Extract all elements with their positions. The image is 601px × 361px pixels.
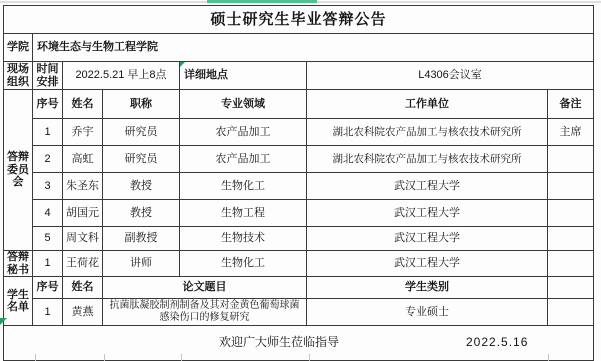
committee-header-row: 答辩委员会 序号 姓名 职称 专业领域 工作单位 备注 [4,90,594,119]
cell-name: 胡国元 [63,200,103,227]
cell-remark [548,200,594,227]
cell-title: 研究员 [103,146,180,173]
cell-title: 教授 [103,173,180,200]
secretary-section-label: 答辩秘书 [4,251,33,277]
gridline-stub [309,354,310,361]
committee-row: 4 胡国元 教授 生物工程 武汉工程大学 [4,200,594,227]
committee-section-label: 答辩委员会 [4,90,33,251]
header-index: 序号 [33,277,63,299]
footer-date: 2022.5.16 [466,336,528,350]
session-row: 现场组织 时间安排 2022.5.21 早上8点 详细地点 L4306会议室 [4,62,594,90]
student-row: 1 黄燕 抗菌肽凝胶制剂制备及其对金黄色葡萄球菌感染伤口的修复研究 专业硕士 [4,299,594,326]
cell-title: 教授 [103,200,180,227]
page-title: 硕士研究生毕业答辩公告 [4,6,594,34]
cell-remark: 主席 [548,119,594,146]
cell-name: 周文科 [63,227,103,251]
header-category: 学生类别 [307,277,548,299]
session-place-value: L4306会议室 [307,62,594,90]
cell-name: 朱圣东 [63,173,103,200]
college-label: 学院 [4,34,33,62]
cell-name: 高虹 [63,146,103,173]
cell-index: 1 [33,251,63,277]
cell-organization: 武汉工程大学 [307,251,548,277]
cell-organization: 武汉工程大学 [307,200,548,227]
header-thesis: 论文题目 [103,277,307,299]
top-green-accent [207,0,317,3]
green-corner-tick [0,318,7,325]
header-title: 职称 [103,90,180,119]
secretary-row: 答辩秘书 1 王荷花 讲师 生物化工 武汉工程大学 [4,251,594,277]
committee-row: 1 乔宇 研究员 农产品加工 湖北农科院农产品加工与核农技术研究所 主席 [4,119,594,146]
cell-field: 生物化工 [180,173,307,200]
cell-remark [548,227,594,251]
cell-index: 3 [33,173,63,200]
gridline-stub [181,354,182,361]
students-section-label: 学生名单 [4,277,33,326]
committee-row: 5 周文科 副教授 生物技术 武汉工程大学 [4,227,594,251]
session-time-label: 时间安排 [33,62,63,90]
college-row: 学院 环境生态与生物工程学院 [4,34,594,62]
cell-title: 副教授 [103,227,180,251]
session-place-label: 详细地点 [180,62,307,90]
title-row: 硕士研究生毕业答辩公告 [4,6,594,34]
cell-name: 乔宇 [63,119,103,146]
header-field: 专业领域 [180,90,307,119]
cell-index: 2 [33,146,63,173]
cell-name: 王荷花 [63,251,103,277]
gridline-stub [104,354,105,361]
cell-organization: 湖北农科院农产品加工与核农技术研究所 [307,146,548,173]
committee-row: 2 高虹 研究员 农产品加工 湖北农科院农产品加工与核农技术研究所 [4,146,594,173]
cell-remark [548,173,594,200]
cell-field: 农产品加工 [180,146,307,173]
cell-title: 研究员 [103,119,180,146]
cell-field: 农产品加工 [180,119,307,146]
cell-remark [548,299,594,326]
session-label: 现场组织 [4,62,33,90]
cell-organization: 湖北农科院农产品加工与核农技术研究所 [307,119,548,146]
header-name: 姓名 [63,277,103,299]
header-remark: 备注 [548,90,594,119]
cell-remark [548,277,594,299]
cell-title: 讲师 [103,251,180,277]
cell-index: 1 [33,299,63,326]
gridline-stub [548,354,549,361]
footer-row: 欢迎广大师生莅临指导 2022.5.16 [4,326,594,361]
cell-remark [548,146,594,173]
cell-index: 1 [33,119,63,146]
header-name: 姓名 [63,90,103,119]
cell-name: 黄燕 [63,299,103,326]
cell-field: 生物技术 [180,227,307,251]
college-value: 环境生态与生物工程学院 [33,34,594,62]
cell-organization: 武汉工程大学 [307,227,548,251]
defense-announcement-table: 硕士研究生毕业答辩公告 学院 环境生态与生物工程学院 现场组织 时间安排 202… [3,5,594,361]
cell-field: 生物化工 [180,251,307,277]
cell-field: 生物工程 [180,200,307,227]
committee-row: 3 朱圣东 教授 生物化工 武汉工程大学 [4,173,594,200]
session-time-value: 2022.5.21 早上8点 [63,62,180,90]
footer-message: 欢迎广大师生莅临指导 [219,336,339,350]
gridline-stub [35,354,36,361]
cell-remark [548,251,594,277]
cell-organization: 武汉工程大学 [307,173,548,200]
cell-index: 5 [33,227,63,251]
header-organization: 工作单位 [307,90,548,119]
footer-cell: 欢迎广大师生莅临指导 2022.5.16 [4,326,594,361]
cell-category: 专业硕士 [307,299,548,326]
cell-thesis-title: 抗菌肽凝胶制剂制备及其对金黄色葡萄球菌感染伤口的修复研究 [103,299,307,326]
cell-index: 4 [33,200,63,227]
students-header-row: 学生名单 序号 姓名 论文题目 学生类别 [4,277,594,299]
header-index: 序号 [33,90,63,119]
